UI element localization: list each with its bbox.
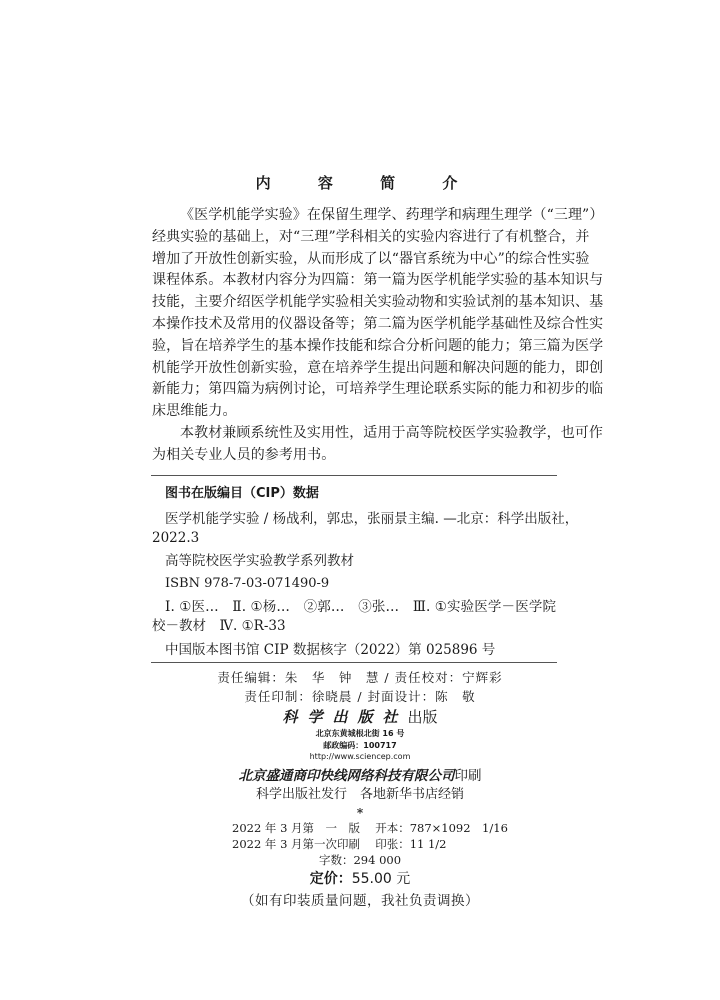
content-summary: 《医学机能学实验》在保留生理学、药理学和病理生理学（“三理”） 经典实验的基础上… [152, 205, 557, 467]
price-line: 定价：55.00 元 [0, 868, 720, 888]
cip-heading: 图书在版编目（CIP）数据 [165, 482, 319, 501]
cip-entry: 医学机能学实验 / 杨战利，郭忠，张丽景主编. —北京：科学出版社， 2022.… [152, 510, 556, 548]
intro-line: 本操作技术及常用的仪器设备等；第二篇为医学机能学基础性及综合性实 [152, 314, 557, 336]
publisher-brand: 科学出版社 [282, 708, 407, 726]
cip-isbn: ISBN 978-7-03-071490-9 [165, 575, 329, 593]
intro-line: 经典实验的基础上，对“三理”学科相关的实验内容进行了有机整合，并 [152, 227, 557, 249]
intro-line: 本教材兼顾系统性及实用性，适用于高等院校医学实验教学，也可作 [152, 423, 557, 445]
publisher-suffix: 出版 [408, 708, 438, 726]
word-count: 字数：294 000 [0, 852, 720, 868]
page-title: 内 容 简 介 [0, 172, 720, 193]
cip-entry-line2: 2022.3 [152, 529, 556, 548]
publisher-line: 科学出版社出版 [0, 706, 720, 727]
edition-line: 2022 年 3 月第 一 版 开本：787×1092 1/16 [232, 820, 508, 836]
intro-line: 机能学开放性创新实验，意在培养学生提出问题和解决问题的能力，即创 [152, 358, 557, 380]
publisher-postcode: 邮政编码：100717 [0, 740, 720, 751]
publisher-address: 北京东黄城根北街 16 号 [0, 728, 720, 739]
cip-entry-line1: 医学机能学实验 / 杨战利，郭忠，张丽景主编. —北京：科学出版社， [152, 510, 556, 529]
printer-name: 北京盛通商印快线网络科技有限公司 [239, 768, 455, 784]
publisher-website: http://www.sciencep.com [0, 752, 720, 761]
intro-line: 新能力；第四篇为病例讨论，可培养学生理论联系实际的能力和初步的临 [152, 379, 557, 401]
cip-classification-line1: Ⅰ. ①医… Ⅱ. ①杨… ②郭… ③张… Ⅲ. ①实验医学－医学院 [152, 598, 556, 617]
separator-star: * [0, 806, 720, 820]
intro-line: 《医学机能学实验》在保留生理学、药理学和病理生理学（“三理”） [152, 205, 557, 227]
intro-line: 为相关专业人员的参考用书。 [152, 445, 557, 467]
intro-line: 增加了开放性创新实验，从而形成了以“器官系统为中心”的综合性实验 [152, 249, 557, 271]
editors-line: 责任编辑：朱 华 钟 慧 / 责任校对：宁辉彩 [0, 668, 720, 686]
price-value: 55.00 元 [352, 871, 411, 887]
price-label: 定价： [310, 871, 352, 887]
cip-verification: 中国版本图书馆 CIP 数据核字（2022）第 025896 号 [165, 641, 495, 659]
printer-line: 北京盛通商印快线网络科技有限公司印刷 [0, 764, 720, 784]
intro-line: 技能，主要介绍医学机能学实验相关实验动物和实验试剂的基本知识、基 [152, 292, 557, 314]
cip-bottom-rule [151, 662, 557, 663]
cip-classification-line2: 校－教材 Ⅳ. ①R-33 [152, 617, 556, 636]
intro-line: 验，旨在培养学生的基本操作技能和综合分析问题的能力；第三篇为医学 [152, 336, 557, 358]
production-line: 责任印制：徐晓晨 / 封面设计：陈 敬 [0, 687, 720, 705]
cip-top-rule [151, 475, 557, 476]
intro-line: 床思维能力。 [152, 401, 557, 423]
printer-suffix: 印刷 [455, 768, 482, 784]
quality-notice: （如有印装质量问题，我社负责调换） [0, 889, 720, 909]
intro-line: 课程体系。本教材内容分为四篇：第一篇为医学机能学实验的基本知识与 [152, 270, 557, 292]
cip-series: 高等院校医学实验教学系列教材 [165, 552, 354, 570]
cip-classification: Ⅰ. ①医… Ⅱ. ①杨… ②郭… ③张… Ⅲ. ①实验医学－医学院 校－教材 … [152, 598, 556, 636]
printing-line: 2022 年 3 月第一次印刷 印张：11 1/2 [232, 836, 447, 852]
distribution-line: 科学出版社发行 各地新华书店经销 [0, 783, 720, 802]
